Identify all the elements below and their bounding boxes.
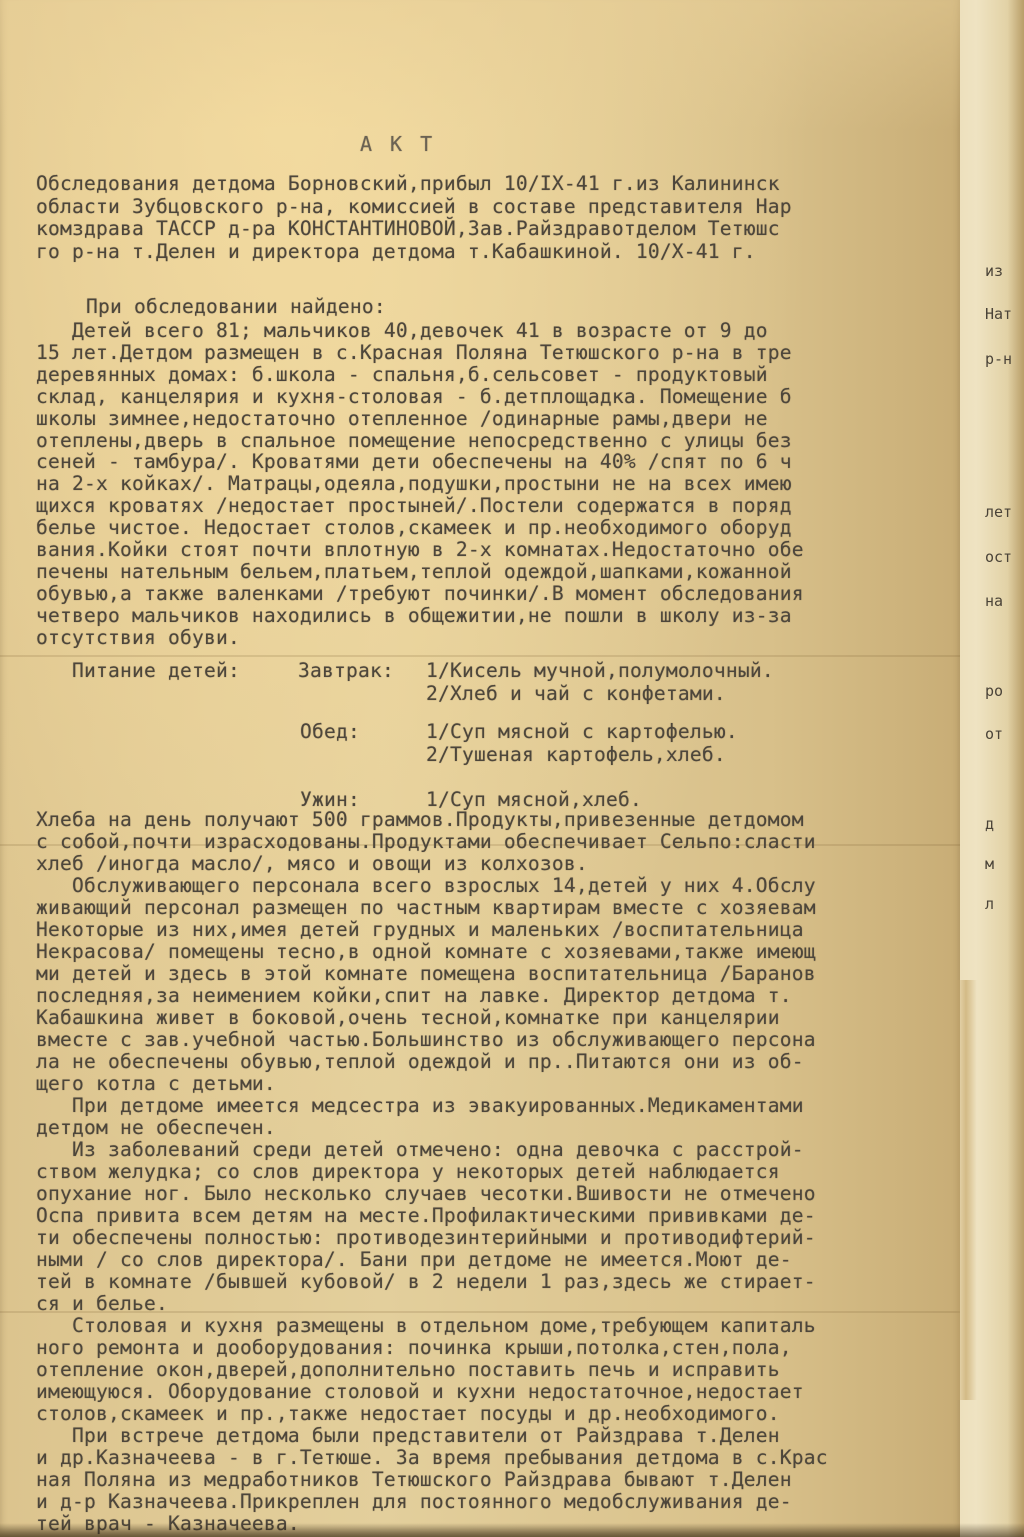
found-heading: При обследовании найдено: <box>86 297 386 317</box>
text-line: ная Поляна из медработников Тетюшского Р… <box>36 1470 792 1490</box>
paper-fold <box>0 655 960 657</box>
meal-item: 1/Суп мясной с картофелью. <box>426 722 738 742</box>
text-line: При детдоме имеется медсестра из эвакуир… <box>36 1096 804 1116</box>
text-line: комздрава ТАССР д-ра КОНСТАНТИНОВОЙ,Зав.… <box>36 219 780 239</box>
text-line: 15 лет.Детдом размещен в с.Красная Полян… <box>36 343 792 363</box>
text-line: Хлеба на день получают 500 граммов.Проду… <box>36 810 804 830</box>
text-line: щихся кроватях /недостает простыней/.Пос… <box>36 496 792 516</box>
text-line: Столовая и кухня размещены в отдельном д… <box>36 1316 816 1336</box>
underlying-text-fragment: из <box>985 262 1024 280</box>
underlying-text-fragment: ост <box>985 548 1024 566</box>
text-line: белье чистое. Недостает столов,скамеек и… <box>36 518 792 538</box>
underlying-text-fragment: л <box>985 895 1024 913</box>
meal-item: 1/Суп мясной,хлеб. <box>426 790 642 810</box>
text-line: и д-р Казначеева.Прикреплен для постоянн… <box>36 1492 792 1512</box>
underlying-text-fragment: лет <box>985 503 1024 521</box>
text-line: четверо мальчиков находились в общежитии… <box>36 606 792 626</box>
nutrition-intro: Питание детей: <box>36 661 252 681</box>
underlying-text-fragment: на <box>985 592 1024 610</box>
text-line: При встрече детдома были представители о… <box>36 1426 780 1446</box>
text-line: Обслуживающего персонала всего взрослых … <box>36 876 816 896</box>
text-line: отеплены,дверь в спальное помещение непо… <box>36 431 792 451</box>
text-line: Детей всего 81; мальчиков 40,девочек 41 … <box>36 321 768 341</box>
text-line: печены нательным бельем,платьем,теплой о… <box>36 562 792 582</box>
meal-item: 1/Кисель мучной,полумолочный. <box>426 661 774 681</box>
document-title: АКТ <box>360 135 450 155</box>
text-line: школы зимнее,недостаточно отепленное /од… <box>36 409 768 429</box>
meal-label: Завтрак: <box>298 661 394 681</box>
text-line: хлеб /иногда масло/, мясо и овощи из кол… <box>36 854 588 874</box>
paper-crease <box>955 980 977 1400</box>
text-line: отсутствия обуви. <box>36 628 240 648</box>
underlying-text-fragment: д <box>985 815 1024 833</box>
text-line: ся и белье. <box>36 1294 168 1314</box>
text-line: Некрасова/ помещены тесно,в одной комнат… <box>36 942 816 962</box>
underlying-text-fragment: м <box>985 855 1024 873</box>
text-line: ными / со слов директора/. Бани при детд… <box>36 1250 792 1270</box>
underlying-text-fragment: Нат <box>985 305 1024 323</box>
text-line: живающий персонал размещен по частным кв… <box>36 898 816 918</box>
text-line: склад, канцелярия и кухня-столовая - б.д… <box>36 387 792 407</box>
meal-label: Ужин: <box>300 790 360 810</box>
text-line: ти обеспечены полностью: противодезинтер… <box>36 1228 816 1248</box>
text-line: вместе с зав.учебной частью.Большинство … <box>36 1030 816 1050</box>
meal-item: 2/Хлеб и чай с конфетами. <box>426 684 726 704</box>
text-line: Оспа привита всем детям на месте.Профила… <box>36 1206 816 1226</box>
text-line: вания.Койки стоят почти вплотную в 2-х к… <box>36 540 804 560</box>
text-line: Обследования детдома Борновский,прибыл 1… <box>36 174 780 194</box>
text-line: Из заболеваний среди детей отмечено: одн… <box>36 1140 804 1160</box>
text-line: ством желудка; со слов директора у некот… <box>36 1162 780 1182</box>
text-line: области Зубцовского р-на, комиссией в со… <box>36 197 792 217</box>
text-line: деревянных домах: б.школа - спальня,б.се… <box>36 365 768 385</box>
text-line: го р-на т.Делен и директора детдома т.Ка… <box>36 242 756 262</box>
text-line: Некоторые из них,имея детей грудных и ма… <box>36 920 804 940</box>
text-line: Кабашкина живет в боковой,очень тесной,к… <box>36 1008 780 1028</box>
text-line: сеней - тамбура/. Кроватями дети обеспеч… <box>36 452 792 472</box>
text-line: с собой,почти израсходованы.Продуктами о… <box>36 832 816 852</box>
underlying-text-fragment: р-н <box>985 350 1024 368</box>
text-line: имеющуюся. Оборудование столовой и кухни… <box>36 1382 804 1402</box>
text-line: опухание ног. Было несколько случаев чес… <box>36 1184 816 1204</box>
text-line: детдом не обеспечен. <box>36 1118 276 1138</box>
text-line: столов,скамеек и пр.,также недостает пос… <box>36 1404 780 1424</box>
underlying-text-fragment: ро <box>985 682 1024 700</box>
text-line: последняя,за неимением койки,спит на лав… <box>36 986 792 1006</box>
meal-label: Обед: <box>300 722 360 742</box>
underlying-text-fragment: от <box>985 725 1024 743</box>
text-line: ла не обеспечены обувью,теплой одеждой и… <box>36 1052 804 1072</box>
text-line: обувью,а также валенками /требуют починк… <box>36 584 804 604</box>
bottom-edge-shadow <box>0 1523 1024 1537</box>
text-line: щего котла с детьми. <box>36 1074 276 1094</box>
text-line: ми детей и здесь в этой комнате помещена… <box>36 964 816 984</box>
text-line: тей в комнате /бывшей кубовой/ в 2 недел… <box>36 1272 816 1292</box>
text-line: на 2-х койках/. Матрацы,одеяла,подушки,п… <box>36 474 792 494</box>
text-line: отепление окон,дверей,дополнительно пост… <box>36 1360 780 1380</box>
text-line: ного ремонта и дооборудования: починка к… <box>36 1338 792 1358</box>
meal-item: 2/Тушеная картофель,хлеб. <box>426 745 726 765</box>
text-line: и др.Казначеева - в г.Тетюше. За время п… <box>36 1448 828 1468</box>
